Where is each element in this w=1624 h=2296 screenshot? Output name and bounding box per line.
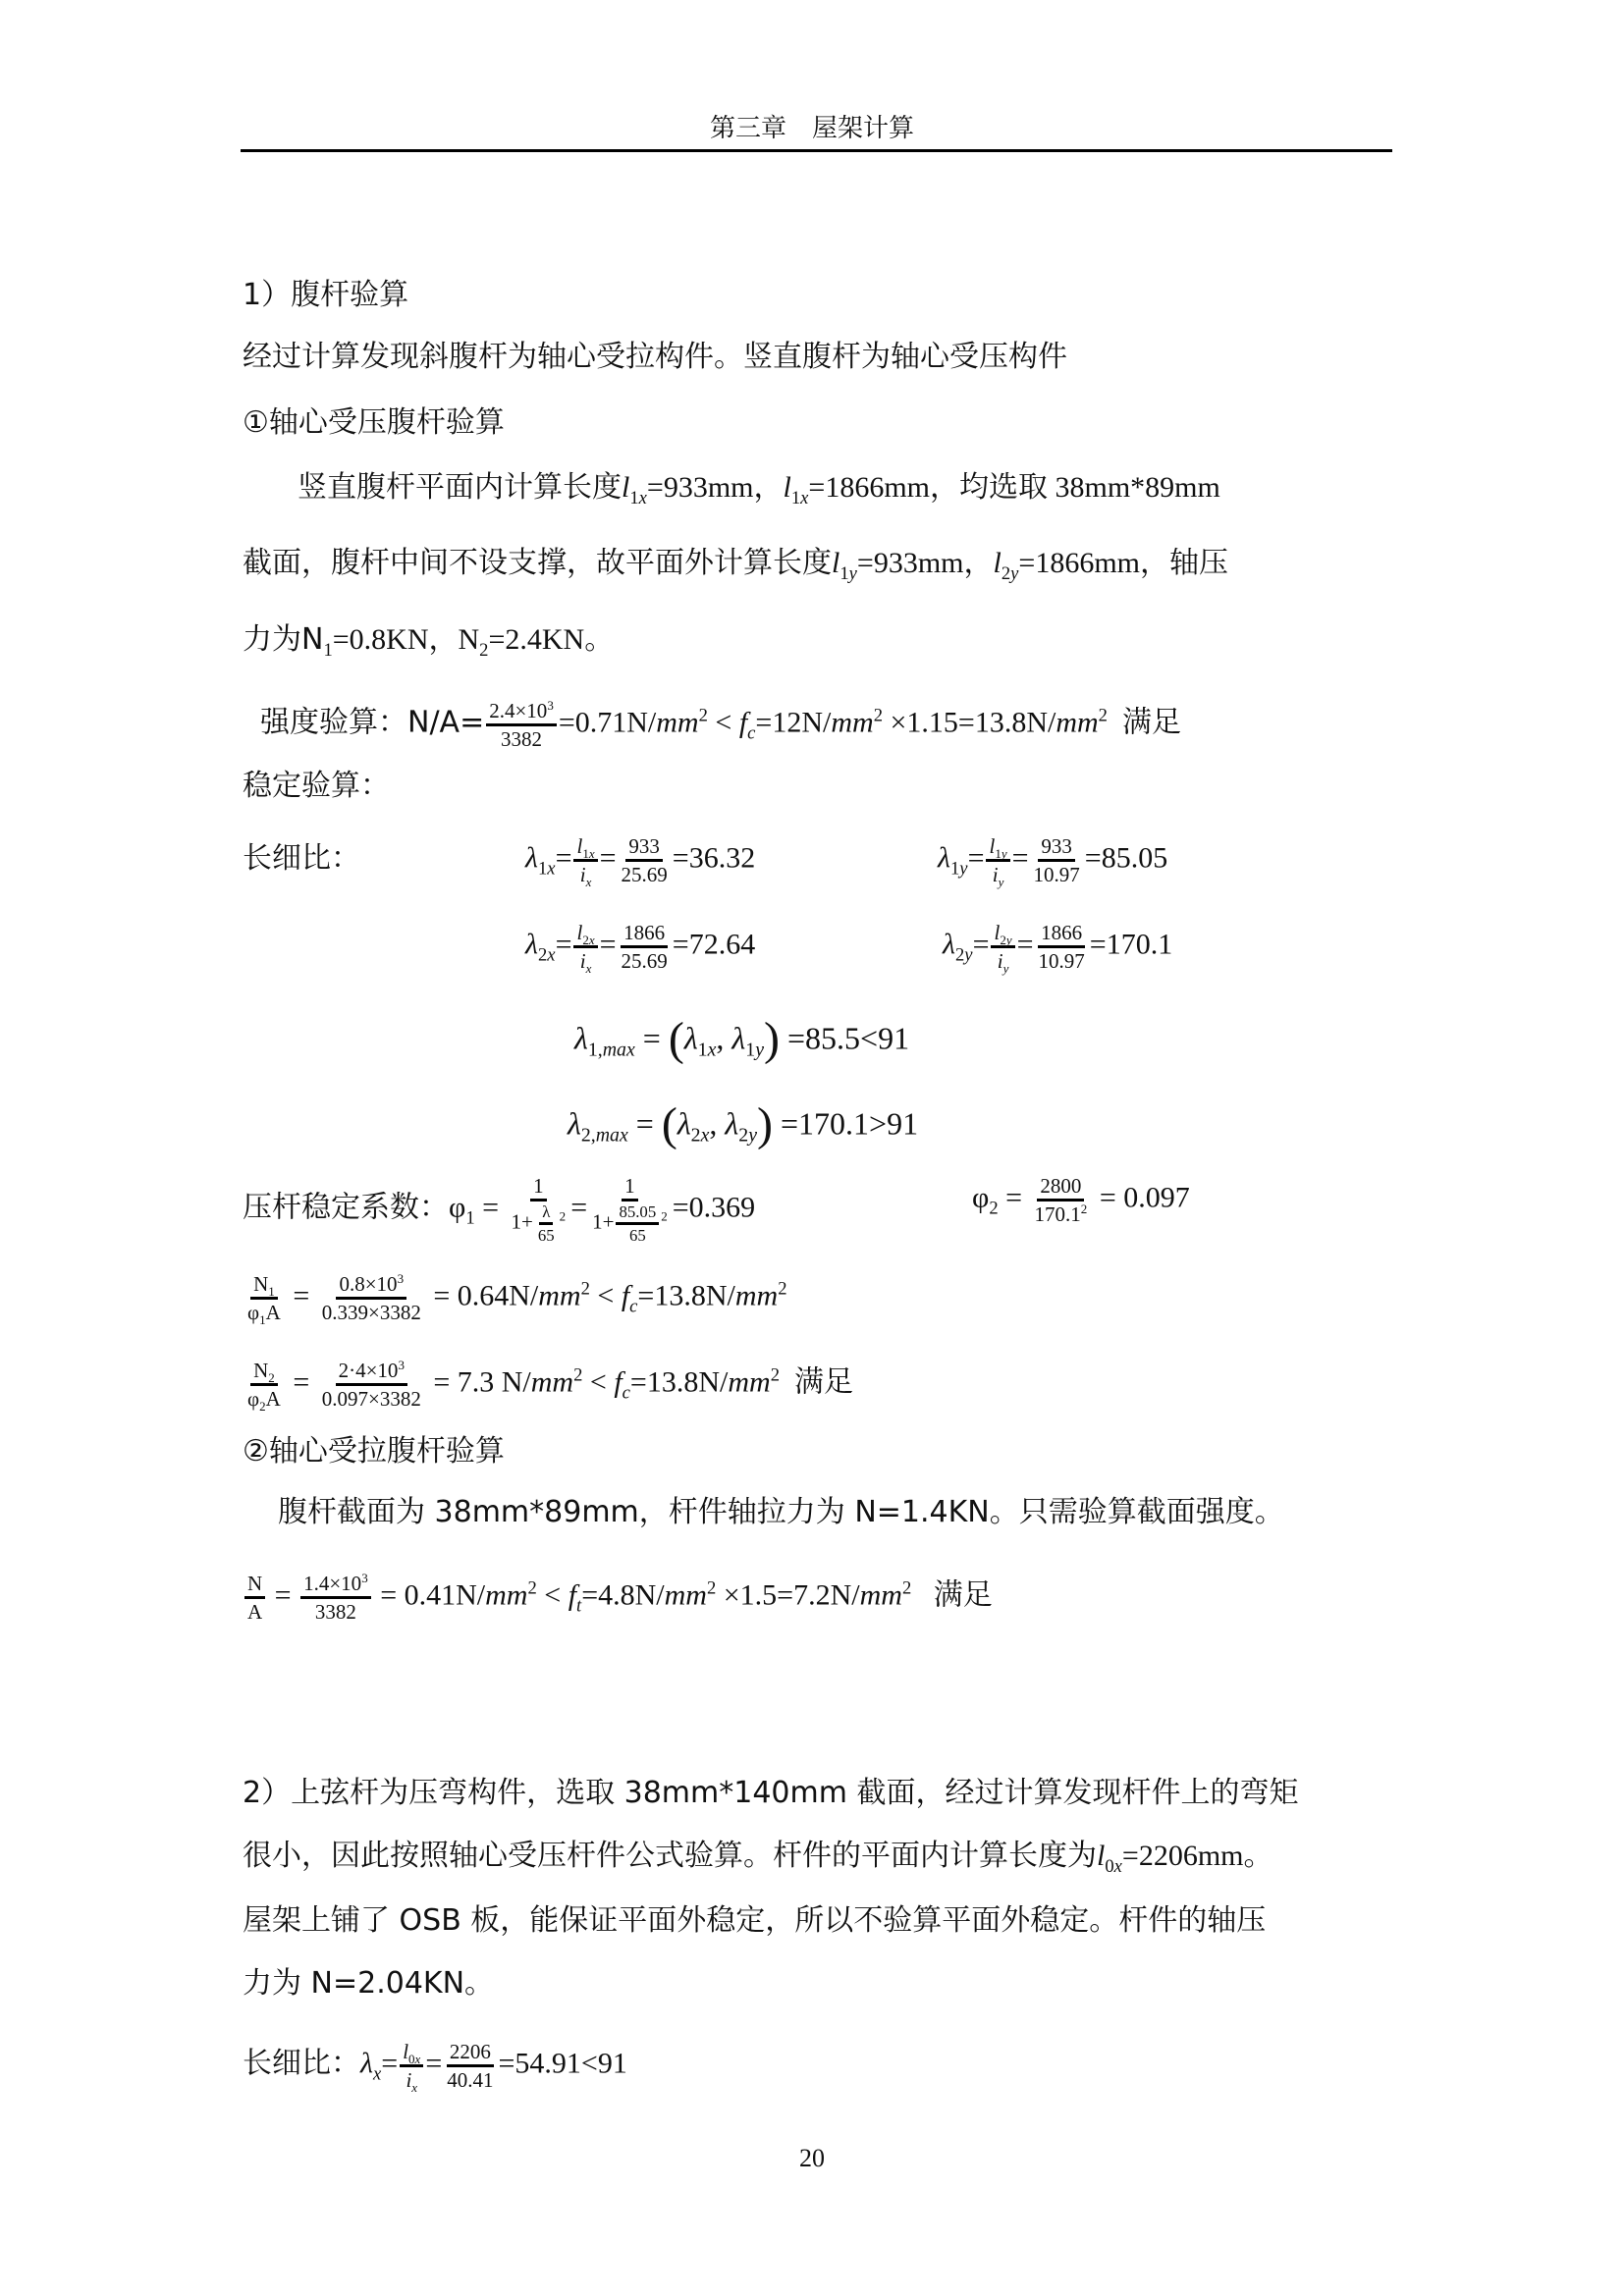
fraction: 2.4×1033382 xyxy=(486,699,557,751)
lambda1-max: λ1,max = (λ1x, λ1y) =85.5<91 xyxy=(574,1016,909,1063)
phi2-formula: φ2 = 2800170.12 = 0.097 xyxy=(972,1174,1190,1226)
lambda2-max: λ2,max = (λ2x, λ2y) =170.1>91 xyxy=(568,1101,918,1148)
section2-line4: 力为 N=2.04KN。 xyxy=(243,1969,494,1999)
stability-label: 稳定验算： xyxy=(243,772,390,801)
sub1-paragraph-line2: 截面，腹杆中间不设支撑，故平面外计算长度l1y=933mm，l2y=1866mm… xyxy=(243,549,1228,578)
lambda-2x: λ2x=l2xix=186625.69=72.64 xyxy=(525,921,755,973)
section2-line1: 2）上弦杆为压弯构件，选取 38mm*140mm 截面，经过计算发现杆件上的弯矩 xyxy=(243,1779,1299,1808)
lambda-1y: λ1y=l1yiy=93310.97=85.05 xyxy=(938,834,1167,886)
section2-line3: 屋架上铺了 OSB 板，能保证平面外稳定，所以不验算平面外稳定。杆件的轴压 xyxy=(243,1906,1266,1936)
sub2-paragraph: 腹杆截面为 38mm*89mm，杆件轴拉力为 N=1.4KN。只需验算截面强度。 xyxy=(278,1498,1284,1527)
page-number: 20 xyxy=(0,2146,1624,2171)
ok-label: 满足 xyxy=(1122,706,1181,740)
chapter-header: 第三章 屋架计算 xyxy=(0,116,1624,141)
sub1-paragraph-line1: 竖直腹杆平面内计算长度l1x=933mm，l1x=1866mm，均选取 38mm… xyxy=(298,473,1220,503)
stability-check-2: N2φ2A = 2·4×1030.097×3382 = 7.3 N/mm2 < … xyxy=(243,1359,853,1411)
strength-check: 强度验算：N/A=2.4×1033382=0.71N/mm2 < fc=12N/… xyxy=(260,699,1181,751)
ok-label: 满足 xyxy=(934,1578,993,1613)
lambda-1x: λ1x=l1xix=93325.69=36.32 xyxy=(525,834,755,886)
stability-check-1: N1φ1A = 0.8×1030.339×3382 = 0.64N/mm2 < … xyxy=(243,1272,786,1324)
sub1-paragraph-line3: 力为N1=0.8KN，N2=2.4KN。 xyxy=(243,625,614,655)
sub2-title: ②轴心受拉腹杆验算 xyxy=(243,1437,505,1467)
section1-title: 1）腹杆验算 xyxy=(243,281,408,310)
ok-label: 满足 xyxy=(794,1365,853,1400)
tension-check: NA = 1.4×1033382 = 0.41N/mm2 < ft=4.8N/m… xyxy=(243,1572,993,1624)
section1-intro: 经过计算发现斜腹杆为轴心受拉构件。竖直腹杆为轴心受压构件 xyxy=(243,343,1067,372)
section2-slenderness: 长细比：λx=l0xix=220640.41=54.91<91 xyxy=(243,2040,627,2092)
phi-formula: 压杆稳定系数：φ1 = 11+λ652=11+85.05652=0.369 xyxy=(243,1174,755,1246)
lambda-2y: λ2y=l2yiy=186610.97=170.1 xyxy=(943,921,1172,973)
sub1-title: ①轴心受压腹杆验算 xyxy=(243,408,505,438)
section2-line2: 很小，因此按照轴心受压杆件公式验算。杆件的平面内计算长度为l0x=2206mm。 xyxy=(243,1842,1273,1871)
header-rule xyxy=(241,149,1392,152)
slenderness-label: 长细比： xyxy=(243,844,360,874)
